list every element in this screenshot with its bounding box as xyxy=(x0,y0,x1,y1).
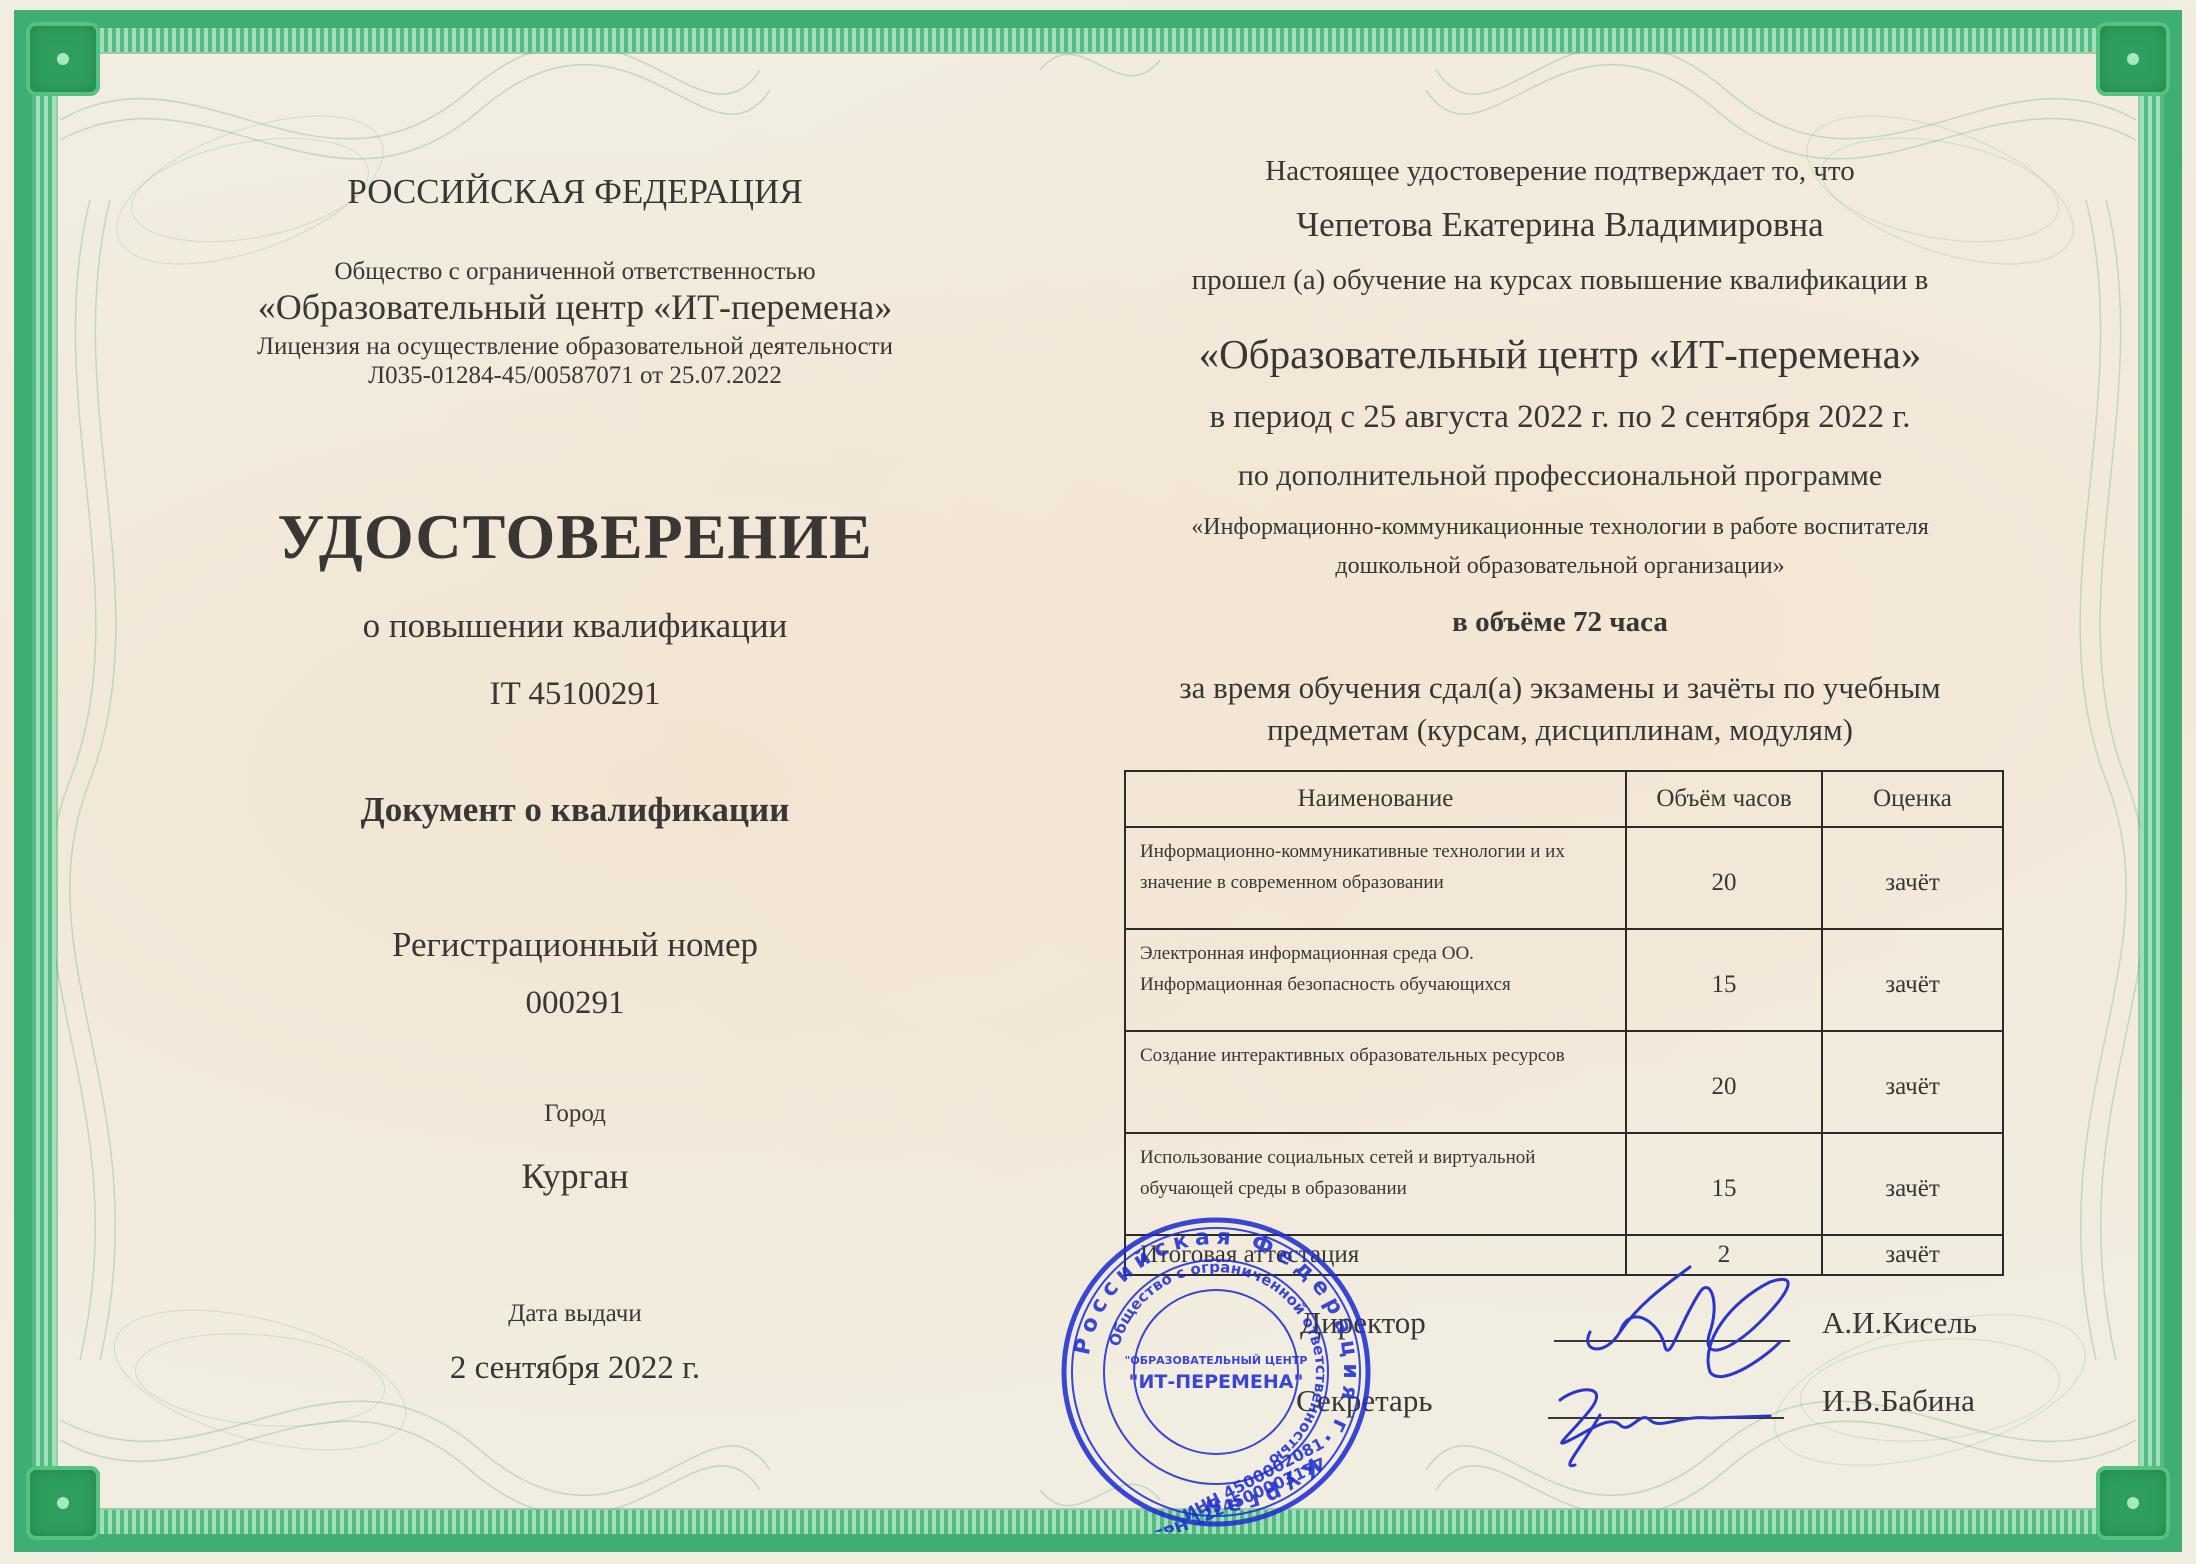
stamp-center-line1: "ОБРАЗОВАТЕЛЬНЫЙ ЦЕНТР xyxy=(1125,1354,1308,1367)
registration-number: 000291 xyxy=(160,985,990,1022)
training-org: «Образовательный центр «ИТ-перемена» xyxy=(1110,330,2010,378)
corner-ornament-icon xyxy=(2096,1466,2170,1540)
director-name: А.И.Кисель xyxy=(1822,1305,1977,1341)
issue-date: 2 сентября 2022 г. xyxy=(160,1350,990,1387)
subject-grade: зачёт xyxy=(1822,929,2003,1031)
serial-number: IT 45100291 xyxy=(160,676,990,713)
stamp-ogrn: ОГРН 1224500003177 xyxy=(1139,1454,1329,1532)
registration-label: Регистрационный номер xyxy=(160,925,990,965)
passed-text: прошел (а) обучение на курсах повышение … xyxy=(1110,264,2010,297)
country-heading: РОССИЙСКАЯ ФЕДЕРАЦИЯ xyxy=(160,172,990,212)
header-grade: Оценка xyxy=(1822,771,2003,827)
org-name: «Образовательный центр «ИТ-перемена» xyxy=(160,286,990,328)
subject-hours: 20 xyxy=(1626,827,1822,929)
subject-hours: 20 xyxy=(1626,1031,1822,1133)
subject-grade: зачёт xyxy=(1822,1133,2003,1235)
table-header-row: Наименование Объём часов Оценка xyxy=(1125,771,2003,827)
table-row: Информационно-коммуникативные технологии… xyxy=(1125,827,2003,929)
corner-ornament-icon xyxy=(2096,22,2170,96)
holder-name: Чепетова Екатерина Владимировна xyxy=(1110,205,2010,245)
certificate-page: РОССИЙСКАЯ ФЕДЕРАЦИЯ Общество с ограниче… xyxy=(0,0,2196,1564)
secretary-signature-icon xyxy=(1540,1370,1800,1480)
subject-name: Электронная информационная среда ОО. Инф… xyxy=(1125,929,1626,1031)
grades-table: Наименование Объём часов Оценка Информац… xyxy=(1124,770,2004,1276)
subject-name: Информационно-коммуникативные технологии… xyxy=(1125,827,1626,929)
program-title-line2: дошкольной образовательной организации» xyxy=(1110,553,2010,580)
training-period: в период с 25 августа 2022 г. по 2 сентя… xyxy=(1110,399,2010,436)
document-type: Документ о квалификации xyxy=(160,790,990,830)
header-name: Наименование xyxy=(1125,771,1626,827)
table-row: Электронная информационная среда ОО. Инф… xyxy=(1125,929,2003,1031)
confirm-text: Настоящее удостоверение подтверждает то,… xyxy=(1110,155,2010,188)
city-label: Город xyxy=(160,1100,990,1128)
city-value: Курган xyxy=(160,1155,990,1197)
document-title: УДОСТОВЕРЕНИЕ xyxy=(160,500,990,574)
corner-ornament-icon xyxy=(26,1466,100,1540)
org-type: Общество с ограниченной ответственностью xyxy=(160,258,990,286)
subject-hours: 15 xyxy=(1626,929,1822,1031)
stamp-center-line2: "ИТ-ПЕРЕМЕНА" xyxy=(1129,1371,1304,1393)
program-title-line1: «Информационно-коммуникационные технолог… xyxy=(1110,514,2010,541)
official-stamp-icon: Российская Федерация г. Курган Общество … xyxy=(1056,1212,1376,1532)
subject-grade: зачёт xyxy=(1822,827,2003,929)
subject-hours: 15 xyxy=(1626,1133,1822,1235)
issue-date-label: Дата выдачи xyxy=(160,1300,990,1328)
exams-text-line1: за время обучения сдал(а) экзамены и зач… xyxy=(1110,670,2010,706)
program-volume: в объёме 72 часа xyxy=(1110,606,2010,639)
program-label: по дополнительной профессиональной прогр… xyxy=(1110,459,2010,493)
license-text: Лицензия на осуществление образовательно… xyxy=(160,333,990,361)
header-hours: Объём часов xyxy=(1626,771,1822,827)
subject-name: Создание интерактивных образовательных р… xyxy=(1125,1031,1626,1133)
license-number: Л035-01284-45/00587071 от 25.07.2022 xyxy=(160,362,990,390)
document-subtitle: о повышении квалификации xyxy=(160,606,990,646)
table-row: Создание интерактивных образовательных р… xyxy=(1125,1031,2003,1133)
exams-text-line2: предметам (курсам, дисциплинам, модулям) xyxy=(1110,712,2010,748)
secretary-name: И.В.Бабина xyxy=(1822,1383,1975,1419)
subject-grade: зачёт xyxy=(1822,1235,2003,1275)
subject-grade: зачёт xyxy=(1822,1031,2003,1133)
corner-ornament-icon xyxy=(26,22,100,96)
